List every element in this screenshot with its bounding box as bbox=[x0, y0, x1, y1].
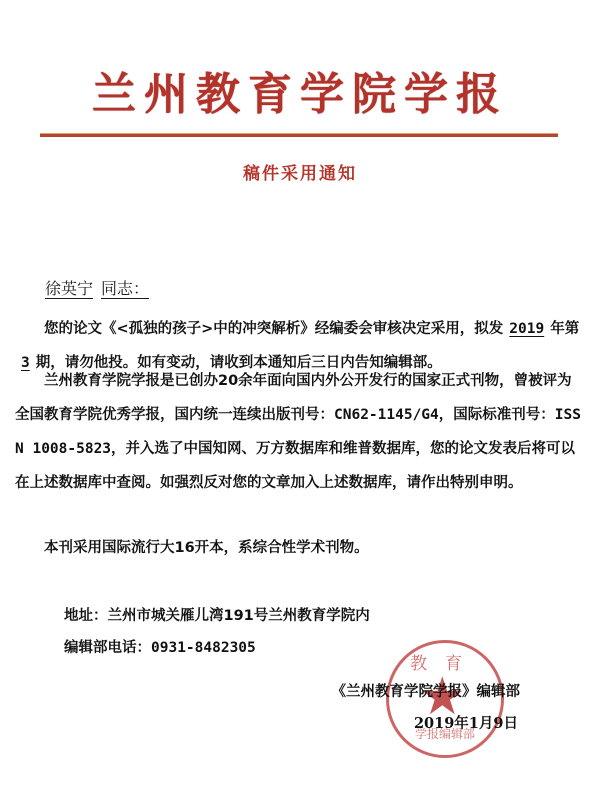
acceptance-text: 您的论文《<孤独的孩子>中的冲突解析》经编委会审核决定采用，拟发 bbox=[44, 321, 503, 337]
year-suffix: 年第 bbox=[550, 321, 579, 337]
header-divider bbox=[40, 133, 558, 137]
signature-date: 2019年1月9日 bbox=[414, 712, 518, 733]
journal-masthead: 兰州教育学院学报 bbox=[0, 58, 600, 122]
address-line: 地址：兰州市城关雁儿湾191号兰州教育学院内 bbox=[64, 604, 370, 625]
paragraph-format: 本刊采用国际流行大16开本，系综合性学术刊物。 bbox=[15, 531, 583, 565]
signature-department: 《兰州教育学院学报》编辑部 bbox=[332, 680, 521, 701]
address-label: 地址： bbox=[64, 608, 108, 624]
phone-label: 编辑部电话： bbox=[64, 640, 151, 656]
recipient-name: 徐英宁 bbox=[45, 279, 93, 298]
paragraph-journal-info: 兰州教育学院学报是已创办20余年面向国内外公开发行的国家正式刊物，曾被评为全国教… bbox=[15, 364, 583, 500]
phone-line: 编辑部电话：0931-8482305 bbox=[64, 636, 256, 657]
phone-value: 0931-8482305 bbox=[151, 640, 256, 656]
salutation: 徐英宁同志： bbox=[45, 276, 149, 299]
publication-year: 2019 bbox=[503, 321, 550, 337]
address-value: 兰州市城关雁儿湾191号兰州教育学院内 bbox=[108, 608, 370, 624]
issn-label: ，国际标准刊号： bbox=[439, 407, 555, 423]
notice-title: 稿件采用通知 bbox=[0, 159, 600, 184]
cn-number: CN62-1145/G4 bbox=[334, 407, 439, 423]
recipient-title: 同志： bbox=[101, 279, 149, 298]
